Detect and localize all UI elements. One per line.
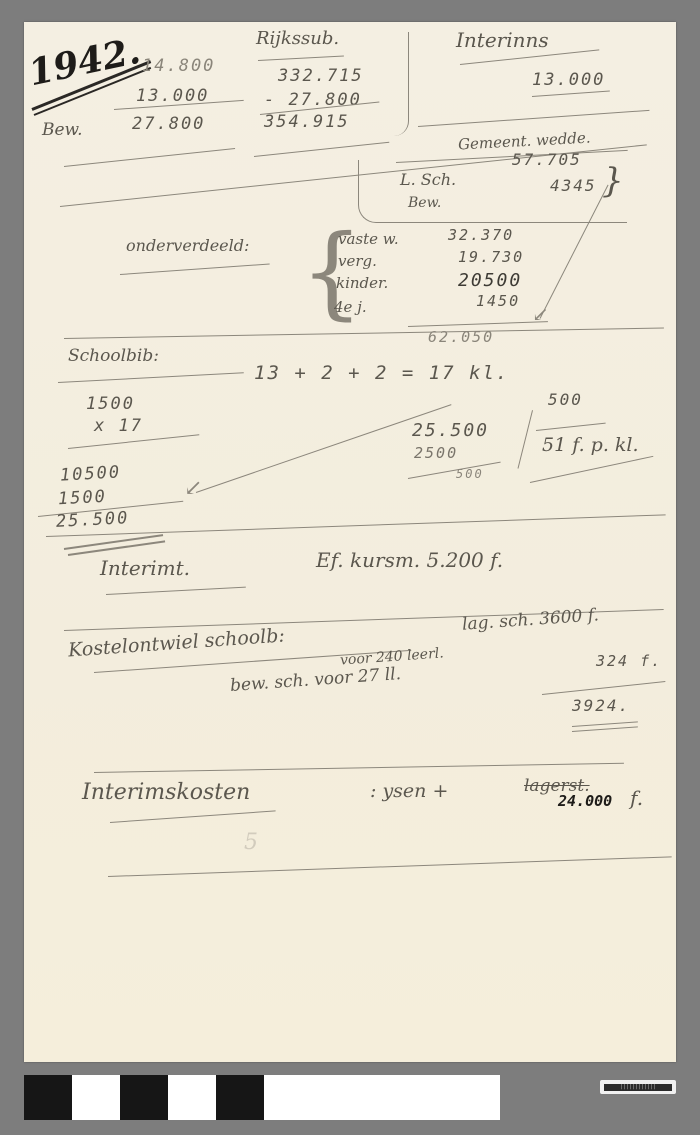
bottom-rule: [108, 856, 672, 877]
top-left-line1: 14.800: [142, 58, 215, 75]
division-sub: 2500: [414, 446, 458, 461]
interimt-label-rule: [106, 587, 246, 595]
rijkssub-total: 354.915: [264, 114, 350, 131]
top-left-total-rule: [64, 148, 235, 167]
archive-label-tag: ||||||||||||: [600, 1080, 676, 1094]
onderverdeeld-row-value: 1450: [476, 294, 520, 309]
gemeente-line1-value: 57.705: [512, 152, 582, 168]
top-left-label: Bew.: [42, 122, 83, 139]
gemeente-line2-value: 4345: [550, 178, 597, 194]
interimskosten-label-rule: [110, 810, 276, 823]
kostelsch-total: 3924.: [572, 698, 630, 714]
onderverdeeld-sum-rule: [408, 321, 548, 327]
division-divisor-rule: [536, 423, 606, 431]
division-dividend: 25.500: [412, 422, 489, 440]
interimskosten-label: Interimskosten: [82, 782, 250, 804]
division-quotient-rule: [530, 456, 653, 483]
interimt-text: Ef. kursm. 5.200 f.: [316, 550, 503, 570]
onderverdeeld-row-label: kinder.: [336, 276, 388, 291]
arrow-head-icon: ↙: [184, 478, 202, 500]
onderverdeeld-row-value: 19.730: [458, 250, 524, 265]
onderverdeeld-row-label: vaste w.: [338, 232, 399, 247]
rijkssub-total-rule: [254, 142, 389, 157]
onderverdeeld-label: onderverdeeld:: [126, 238, 249, 254]
top-left-total: 27.800: [132, 116, 205, 133]
schoolbib-mult-a: 1500: [86, 396, 135, 413]
kostelsch-line2: bew. sch. voor 27 ll.: [230, 666, 402, 695]
interimt-label: Interimt.: [100, 558, 190, 578]
division-sub-rule: [408, 462, 501, 479]
interimskosten-text: : ysen +: [370, 782, 448, 801]
rijkssub-side-bracket: [394, 32, 409, 136]
calibration-block-white-wide: [264, 1075, 500, 1120]
onderverdeeld-row-label: verg.: [338, 254, 377, 269]
schoolbib-heading: Schoolbib:: [68, 348, 159, 365]
margin-mark: 5: [244, 832, 258, 854]
internaat-value: 13.000: [532, 72, 605, 89]
calibration-block-white: [168, 1075, 216, 1120]
internaat-value-rule: [532, 91, 610, 97]
onderverdeeld-row-value: 32.370: [448, 228, 514, 243]
onderverdeeld-rule: [120, 264, 270, 275]
schoolbib-heading-rule: [58, 372, 244, 383]
year-heading: 1942.: [25, 33, 143, 92]
onderverdeeld-row-value: 20500: [458, 272, 522, 290]
rijkssub-heading: Rijkssub.: [256, 30, 339, 48]
schoolbib-mult-b: x 17: [94, 418, 143, 435]
rijkssub-line1: 332.715: [278, 68, 364, 85]
division-quotient: 51 f. p. kl.: [542, 436, 639, 455]
schoolbib-total: 25.500: [56, 510, 130, 531]
interimskosten-top-rule: [94, 763, 624, 773]
schoolbib-partial2: 1500: [58, 489, 108, 509]
kostelsch-label: Kostelontwiel schoolb:: [68, 626, 286, 660]
interimskosten-unit: f.: [630, 788, 643, 808]
gemeente-line1-label: L. Sch.: [400, 172, 456, 188]
schoolbib-top-rule: [64, 328, 664, 339]
schoolbib-partial1: 10500: [60, 464, 122, 484]
internaat-divider: [418, 110, 650, 127]
interimskosten-value: 24.000: [558, 794, 612, 809]
kostelsch-line1: lag. sch. 3600 f.: [462, 607, 600, 634]
calibration-block-black: [216, 1075, 264, 1120]
gemeente-brace: }: [602, 164, 624, 198]
division-bar: [518, 410, 533, 468]
calibration-block-white: [72, 1075, 120, 1120]
rijkssub-line2: - 27.800: [264, 92, 362, 109]
rijkssub-heading-rule: [258, 55, 344, 60]
schoolbib-mult-rule: [68, 434, 199, 449]
calibration-block-black: [24, 1075, 72, 1120]
internaat-heading: Interinns: [456, 30, 549, 50]
onderverdeeld-row-label: 4e j.: [334, 300, 367, 315]
division-divisor: 500: [548, 392, 583, 408]
kostelsch-line2-value: 324 f.: [596, 654, 662, 669]
kostelsch-total-rule-2: [572, 726, 638, 732]
division-remainder: 500: [456, 468, 484, 480]
document-page: 1942. 14.800 13.000 Bew. 27.800 Rijkssub…: [24, 22, 676, 1062]
interimt-top-rule: [46, 514, 666, 537]
schoolbib-formula: 13 + 2 + 2 = 17 kl.: [254, 364, 509, 383]
gemeente-line2-label: Bew.: [408, 196, 441, 210]
calibration-block-black: [120, 1075, 168, 1120]
schoolbib-total-rule-2: [68, 540, 165, 556]
kostelsch-sum-rule: [542, 681, 665, 695]
archive-label-barcode: ||||||||||||: [604, 1084, 672, 1091]
